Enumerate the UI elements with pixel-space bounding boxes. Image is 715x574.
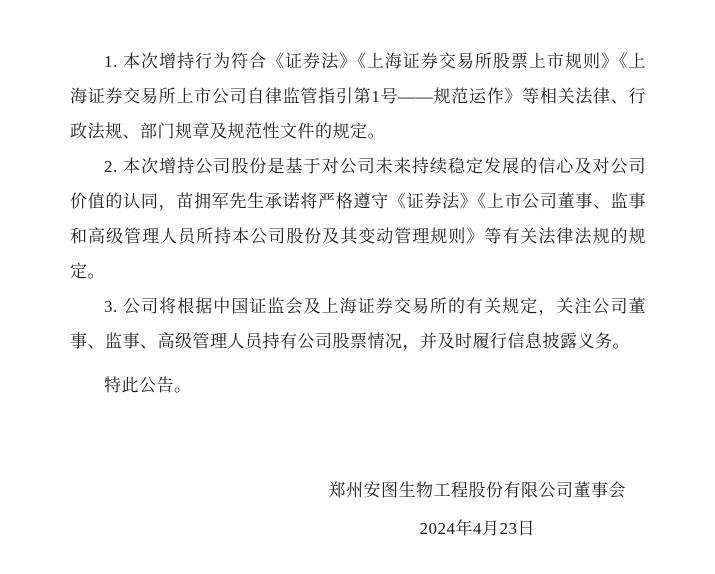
paragraph-1: 1. 本次增持行为符合《证券法》《上海证券交易所股票上市规则》《上海证券交易所上… — [70, 44, 646, 149]
paragraph-2: 2. 本次增持公司股份是基于对公司未来持续稳定发展的信心及对公司价值的认同，苗拥… — [70, 149, 646, 289]
document-body: 1. 本次增持行为符合《证券法》《上海证券交易所股票上市规则》《上海证券交易所上… — [70, 44, 646, 548]
signature-date: 2024年4月23日 — [329, 510, 627, 548]
document-page: 1. 本次增持行为符合《证券法》《上海证券交易所股票上市规则》《上海证券交易所上… — [0, 0, 715, 574]
signature-company: 郑州安图生物工程股份有限公司董事会 — [329, 472, 627, 510]
signature-inner: 郑州安图生物工程股份有限公司董事会 2024年4月23日 — [329, 472, 627, 548]
paragraph-3: 3. 公司将根据中国证监会及上海证券交易所的有关规定，关注公司董事、监事、高级管… — [70, 289, 646, 359]
closing-statement: 特此公告。 — [70, 368, 646, 403]
signature-block: 郑州安图生物工程股份有限公司董事会 2024年4月23日 — [70, 472, 646, 548]
